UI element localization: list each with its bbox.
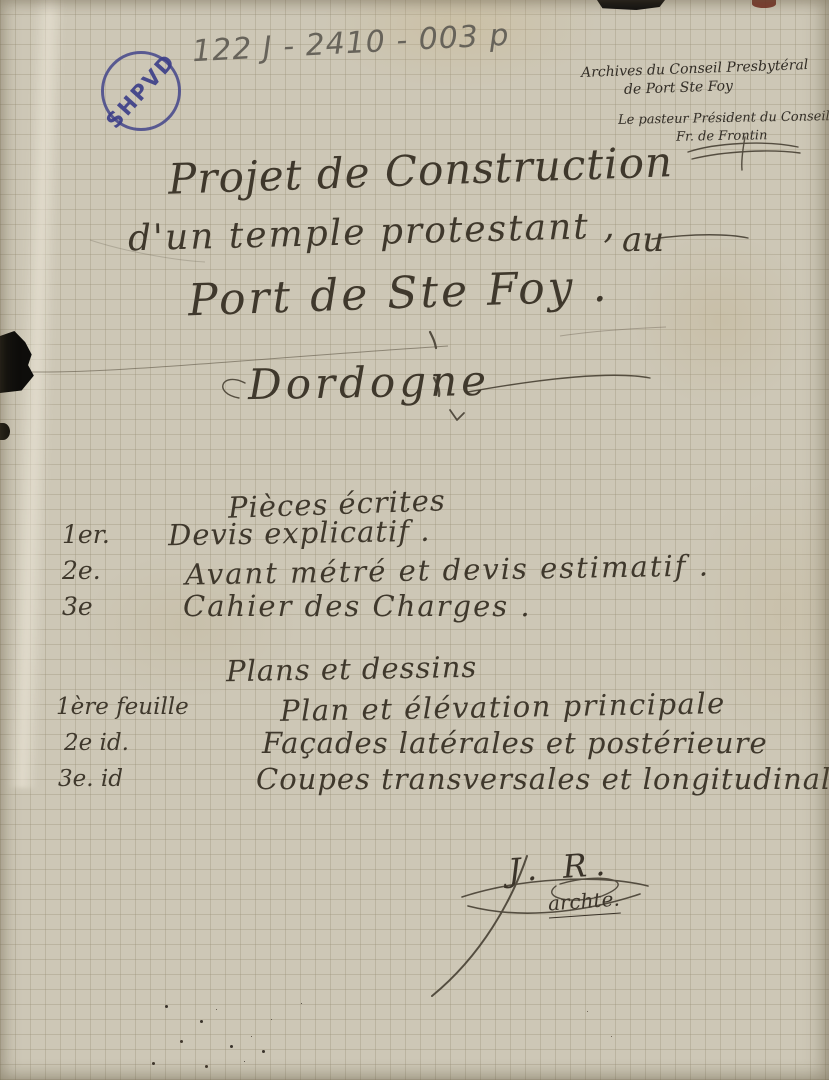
signature-initials: J. R.: [507, 844, 614, 889]
annotation-archives-line2: de Port Ste Foy: [624, 78, 733, 98]
paper-tear-hole: [597, 0, 665, 10]
title-line1: Projet de Construction: [167, 137, 673, 204]
annotation-archives-line1: Archives du Conseil Presbytéral: [581, 57, 809, 81]
annotation-pastor-line1: Le pasteur Président du Conseil: [618, 109, 829, 128]
scanned-manuscript-page: SHPVD 122 J - 2410 - 003 p Archives du C…: [0, 0, 829, 1080]
list-item-label: Coupes transversales et longitudinale: [256, 762, 829, 796]
list-item-number: 2e.: [62, 556, 101, 585]
section-heading-plans-dessins: Plans et dessins: [226, 650, 478, 688]
list-item-number: 1ère feuille: [56, 694, 189, 720]
list-item-label: Plan et élévation principale: [280, 686, 726, 728]
paper-tear-hole: [0, 423, 10, 440]
paper-tear-hole: [0, 331, 36, 393]
archive-call-number: 122 J - 2410 - 003 p: [191, 18, 510, 70]
list-item-label: Devis explicatif .: [168, 514, 431, 553]
ink-speckles: [165, 1005, 168, 1008]
list-item-number: 3e: [62, 592, 93, 621]
list-item-number: 2e id.: [64, 730, 129, 756]
list-item-label: Façades latérales et postérieure: [262, 726, 768, 760]
list-item-label: Cahier des Charges .: [183, 589, 532, 623]
title-line2: d'un temple protestant ,: [128, 206, 618, 260]
title-line4-department: Dordogne: [248, 356, 491, 409]
list-item-label: Avant métré et devis estimatif .: [185, 548, 710, 591]
title-line3-location: Port de Ste Foy .: [187, 261, 610, 327]
archive-round-stamp: SHPVD: [101, 51, 181, 131]
stamp-text: SHPVD: [101, 49, 180, 133]
list-item-number: 1er.: [62, 520, 110, 549]
list-item-number: 3e. id: [58, 766, 123, 792]
paper-fold-crease: [6, 0, 66, 788]
signature-title: archte.: [547, 887, 621, 919]
title-line2-suffix: au: [622, 220, 664, 260]
annotation-pastor-line2: Fr. de Frontin: [676, 128, 768, 145]
paper-edge-mark: [752, 0, 776, 8]
